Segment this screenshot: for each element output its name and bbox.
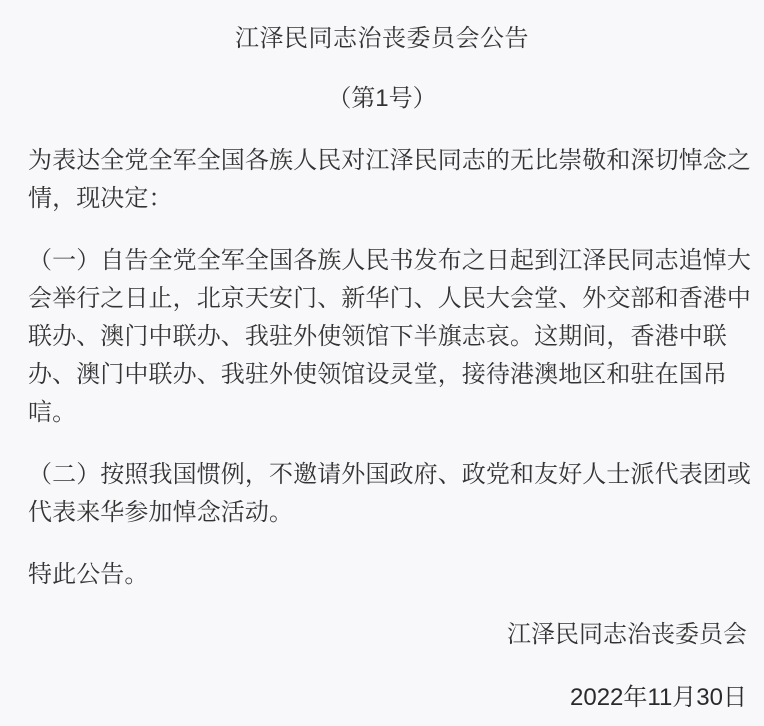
document-body: 为表达全党全军全国各族人民对江泽民同志的无比崇敬和深切悼念之情，现决定： （一）… (0, 142, 764, 717)
item-one-paragraph: （一）自告全党全军全国各族人民书发布之日起到江泽民同志追悼大会举行之日止，北京天… (28, 242, 760, 432)
announcement-title: 江泽民同志治丧委员会公告 (16, 20, 748, 58)
closing-paragraph: 特此公告。 (28, 556, 760, 594)
signature: 江泽民同志治丧委员会 (28, 616, 760, 654)
announcement-document: 江泽民同志治丧委员会公告 （第1号） 为表达全党全军全国各族人民对江泽民同志的无… (0, 0, 764, 726)
document-header: 江泽民同志治丧委员会公告 （第1号） (0, 20, 764, 118)
item-two-paragraph: （二）按照我国惯例，不邀请外国政府、政党和友好人士派代表团或代表来华参加悼念活动… (28, 456, 760, 532)
announcement-number: （第1号） (16, 80, 748, 118)
date: 2022年11月30日 (28, 679, 760, 717)
intro-paragraph: 为表达全党全军全国各族人民对江泽民同志的无比崇敬和深切悼念之情，现决定： (28, 142, 760, 218)
